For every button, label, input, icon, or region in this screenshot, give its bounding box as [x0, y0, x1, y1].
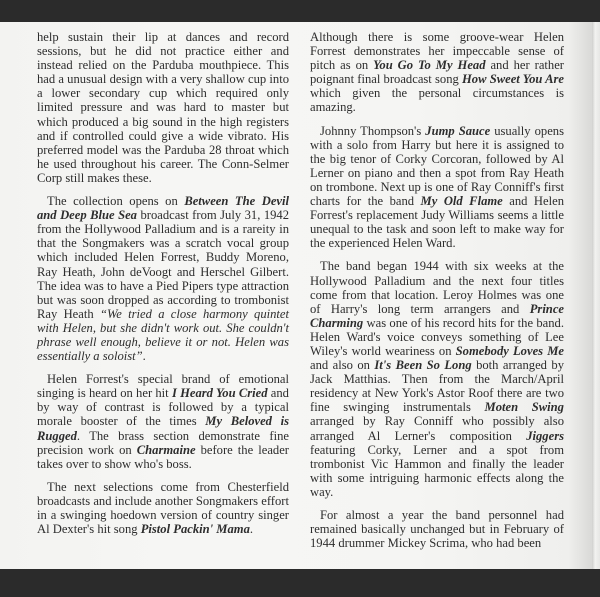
page-edge-shadow [592, 22, 600, 569]
paragraph: Although there is some groove-wear Helen… [310, 30, 564, 115]
paragraph: help sustain their lip at dances and rec… [37, 30, 289, 185]
body-text: which given the personal circumstances i… [310, 86, 564, 114]
song-title: Jiggers [526, 429, 564, 443]
body-text: For almost a year the band personnel had… [310, 508, 564, 550]
paragraph: Johnny Thompson's Jump Sauce usually ope… [310, 124, 564, 251]
scan-bottom-border [0, 569, 600, 597]
song-title: Pistol Packin' Mama [141, 522, 250, 536]
song-title: It's Been So Long [374, 358, 471, 372]
paragraph: Helen Forrest's special brand of emotion… [37, 372, 289, 471]
song-title: You Go To My Head [373, 58, 485, 72]
song-title: Jump Sauce [425, 124, 490, 138]
paragraph: The next selections come from Chesterfie… [37, 480, 289, 536]
song-title: I Heard You Cried [172, 386, 268, 400]
paragraph: The band began 1944 with six weeks at th… [310, 259, 564, 499]
body-text: featuring Corky, Lerner and a spot from … [310, 443, 564, 499]
body-text: help sustain their lip at dances and rec… [37, 30, 289, 185]
song-title: Charmaine [137, 443, 196, 457]
body-text: broadcast from July 31, 1942 from the Ho… [37, 208, 289, 321]
body-text: The band began 1944 with six weeks at th… [310, 259, 564, 315]
body-text: Johnny Thompson's [320, 124, 425, 138]
song-title: Moten Swing [485, 400, 564, 414]
song-title: Somebody Loves Me [456, 344, 564, 358]
body-text: . [143, 349, 146, 363]
body-text: The collection opens on [47, 194, 184, 208]
song-title: How Sweet You Are [462, 72, 564, 86]
left-text-column: help sustain their lip at dances and rec… [37, 30, 289, 545]
scan-top-border [0, 0, 600, 22]
song-title: My Old Flame [421, 194, 503, 208]
body-text: and also on [310, 358, 374, 372]
right-text-column: Although there is some groove-wear Helen… [310, 30, 564, 559]
body-text: . [250, 522, 253, 536]
paragraph: For almost a year the band personnel had… [310, 508, 564, 550]
paragraph: The collection opens on Between The Devi… [37, 194, 289, 363]
